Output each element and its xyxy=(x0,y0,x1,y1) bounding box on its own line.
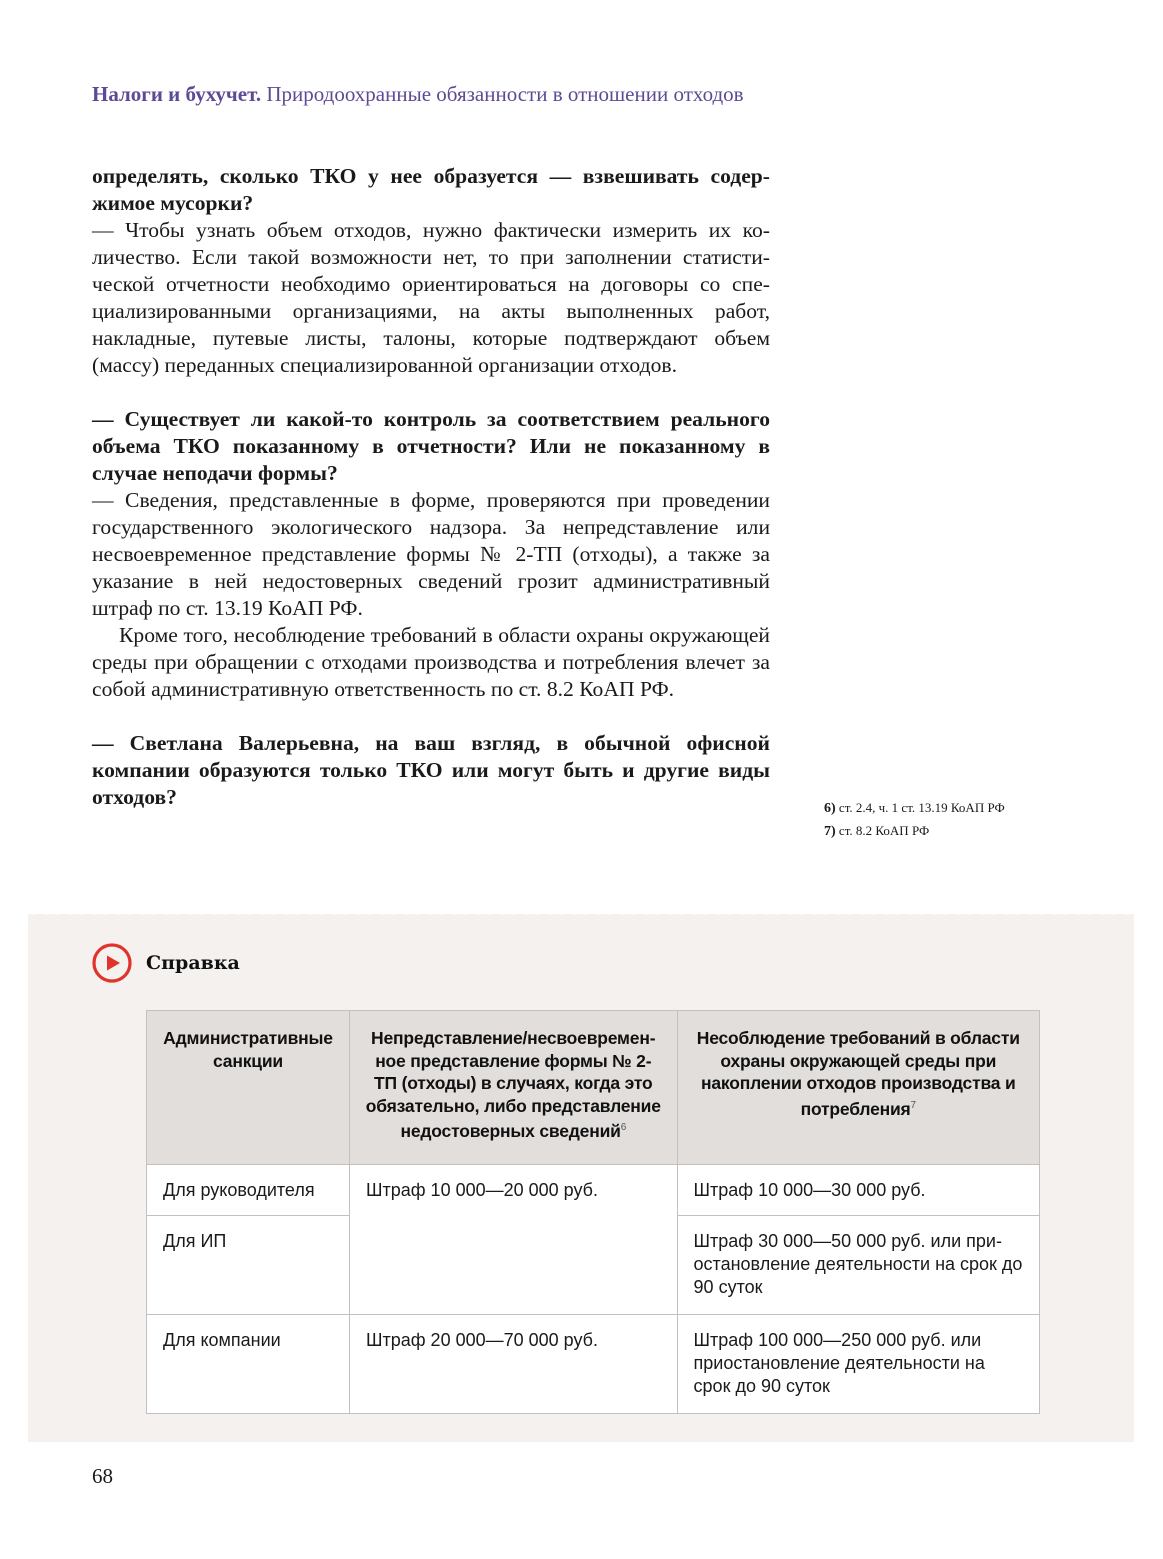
article-body: определять, сколько ТКО у нее образуется… xyxy=(92,163,770,811)
play-icon xyxy=(92,943,132,983)
footnote-text: ст. 8.2 КоАП РФ xyxy=(839,823,929,838)
question-3: — Светлана Валерьевна, на ваш взгляд, в … xyxy=(92,730,770,811)
cell-env-fine-company: Штраф 100 000—250 000 руб. или приостано… xyxy=(677,1315,1039,1414)
running-head-section: Налоги и бухучет. xyxy=(92,82,261,106)
running-head: Налоги и бухучет. Природоохранные обязан… xyxy=(92,82,744,107)
page-number: 68 xyxy=(92,1464,113,1489)
paragraph-gap xyxy=(92,379,770,406)
footnote-number: 6) xyxy=(824,801,836,816)
footnote-number: 7) xyxy=(824,824,836,839)
cell-fine-company: Штраф 20 000—70 000 руб. xyxy=(349,1315,677,1414)
answer-2: — Сведения, представленные в форме, пров… xyxy=(92,487,770,622)
header-environment: Несоблюдение требований в области охраны… xyxy=(677,1011,1039,1165)
footnote-7: 7) ст. 8.2 КоАП РФ xyxy=(824,820,1084,843)
question-2: — Существует ли какой-то контроль за соо… xyxy=(92,406,770,487)
answer-1: — Чтобы узнать объем отходов, нужно факт… xyxy=(92,217,770,379)
row-label-company: Для компании xyxy=(147,1315,350,1414)
cell-env-fine-ip: Штраф 30 000—50 000 руб. или при­останов… xyxy=(677,1216,1039,1315)
row-label-ip: Для ИП xyxy=(147,1216,350,1315)
sanctions-table: Административные санкции Непредставление… xyxy=(146,1010,1040,1414)
answer-2-continued: Кроме того, несоблюдение требований в об… xyxy=(92,622,770,703)
cell-env-fine-manager: Штраф 10 000—30 000 руб. xyxy=(677,1165,1039,1216)
reference-header: Справка xyxy=(92,942,240,984)
footnote-6: 6) ст. 2.4, ч. 1 ст. 13.19 КоАП РФ xyxy=(824,797,1084,820)
paragraph-gap xyxy=(92,703,770,730)
question-1-tail: определять, сколько ТКО у нее образуется… xyxy=(92,163,770,217)
row-label-manager: Для руководителя xyxy=(147,1165,350,1216)
reference-box: Справка Административные санкции Непредс… xyxy=(28,914,1134,1442)
footnotes: 6) ст. 2.4, ч. 1 ст. 13.19 КоАП РФ 7) ст… xyxy=(824,797,1084,843)
footnote-text: ст. 2.4, ч. 1 ст. 13.19 КоАП РФ xyxy=(839,800,1005,815)
header-form-2tp: Непредставление/несвоевремен­ное предста… xyxy=(349,1011,677,1165)
table-row: Для руководителя Штраф 10 000—20 000 руб… xyxy=(147,1165,1040,1216)
cell-fine-manager-ip: Штраф 10 000—20 000 руб. xyxy=(349,1165,677,1315)
table-header-row: Административные санкции Непредставление… xyxy=(147,1011,1040,1165)
reference-title: Справка xyxy=(146,952,240,974)
table-row: Для компании Штраф 20 000—70 000 руб. Шт… xyxy=(147,1315,1040,1414)
running-head-title: Природоохранные обязанности в отношении … xyxy=(266,82,743,106)
header-sanctions: Административные санкции xyxy=(147,1011,350,1165)
